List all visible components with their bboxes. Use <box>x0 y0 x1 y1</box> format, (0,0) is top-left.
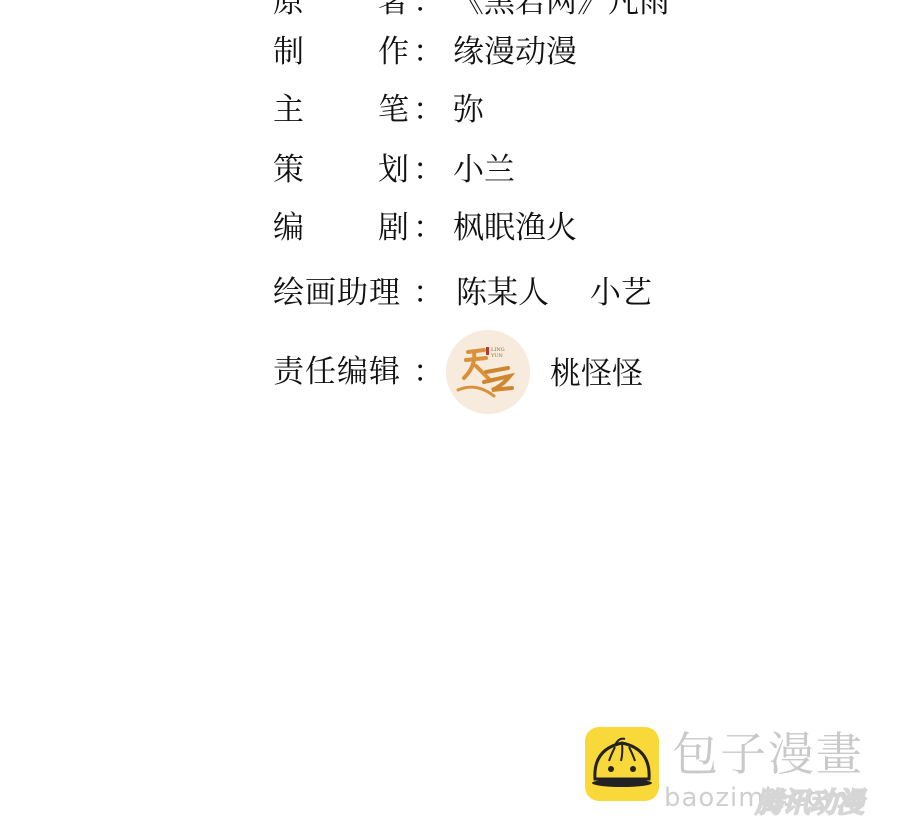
label-char: 编 <box>273 206 304 250</box>
credit-value: 《黑岩网》凡雨 <box>453 0 670 24</box>
baozi-logo-icon <box>585 727 659 801</box>
editor-name: 桃怪怪 <box>550 352 643 396</box>
colon: ： <box>413 271 444 315</box>
lingyun-logo-icon: LING YUN <box>446 330 530 414</box>
label-char: 策 <box>273 148 304 192</box>
label: 绘画助理 <box>273 271 401 315</box>
label-char: 著 <box>378 0 409 24</box>
credit-value: 枫眠渔火 <box>453 206 577 250</box>
colon: ： <box>413 148 444 192</box>
lingyun-logo: LING YUN <box>446 330 530 414</box>
label-char: 主 <box>273 88 304 132</box>
label-char: 剧 <box>378 206 409 250</box>
label: 责任编辑 <box>273 350 401 394</box>
label-char: 笔 <box>378 88 409 132</box>
credit-value: 小兰 <box>453 148 515 192</box>
credit-value: 陈某人 小艺 <box>456 271 652 315</box>
label-char: 制 <box>273 30 304 74</box>
credit-value: 缘漫动漫 <box>453 30 577 74</box>
colon: ： <box>413 88 444 132</box>
label-char: 作 <box>378 30 409 74</box>
colon: ： <box>413 0 444 24</box>
watermark-stamp: 腾讯动漫 <box>755 785 890 821</box>
label-char: 划 <box>378 148 409 192</box>
credit-value: 弥 <box>453 88 484 132</box>
colon: ： <box>413 206 444 250</box>
svg-text:YUN: YUN <box>490 353 504 359</box>
label-char: 原 <box>273 0 304 24</box>
colon: ： <box>413 30 444 74</box>
colon: ： <box>413 350 444 394</box>
watermark-title: 包子漫畫 <box>672 727 864 781</box>
